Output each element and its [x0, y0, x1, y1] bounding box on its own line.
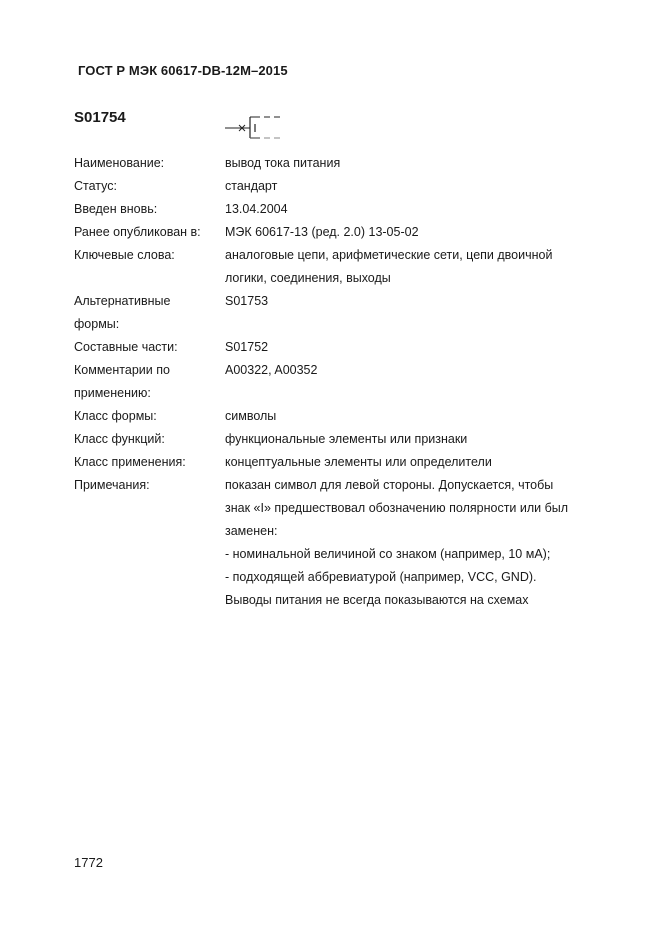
field-label: Составные части: [74, 336, 225, 359]
field-value: логики, соединения, выходы [225, 267, 604, 290]
field-label: формы: [74, 313, 225, 336]
field-row-status: Статус: стандарт [74, 175, 604, 198]
attribute-table: Наименование: вывод тока питания Статус:… [74, 152, 604, 612]
field-row-introduced: Введен вновь: 13.04.2004 [74, 198, 604, 221]
symbol-code: S01754 [74, 109, 126, 126]
field-label: Ранее опубликован в: [74, 221, 225, 244]
field-label: Ключевые слова: [74, 244, 225, 290]
field-label: применению: [74, 382, 225, 405]
field-row-name: Наименование: вывод тока питания [74, 152, 604, 175]
field-label: Комментарии по [74, 359, 225, 382]
field-value: - подходящей аббревиатурой (например, VC… [225, 566, 604, 589]
field-row-previously-published: Ранее опубликован в: МЭК 60617-13 (ред. … [74, 221, 604, 244]
field-value: знак «I» предшествовал обозначению поляр… [225, 497, 604, 520]
field-value: показан символ для левой стороны. Допуск… [225, 474, 604, 497]
field-label: Введен вновь: [74, 198, 225, 221]
field-value: A00322, A00352 [225, 359, 604, 382]
field-value: аналоговые цепи, арифметические сети, це… [225, 244, 604, 267]
field-row-application-comments: Комментарии по применению: A00322, A0035… [74, 359, 604, 405]
document-header: ГОСТ Р МЭК 60617-DB-12M–2015 [78, 63, 288, 78]
field-label: Статус: [74, 175, 225, 198]
field-label: Класс применения: [74, 451, 225, 474]
field-label: Класс формы: [74, 405, 225, 428]
field-value: функциональные элементы или признаки [225, 428, 604, 451]
field-value: 13.04.2004 [225, 198, 604, 221]
page-number: 1772 [74, 855, 103, 870]
field-value: МЭК 60617-13 (ред. 2.0) 13-05-02 [225, 221, 604, 244]
field-value: концептуальные элементы или определители [225, 451, 604, 474]
power-supply-output-symbol-icon [222, 112, 288, 142]
field-label: Альтернативные [74, 290, 225, 313]
field-row-alternative-forms: Альтернативные формы: S01753 [74, 290, 604, 336]
field-label: Класс функций: [74, 428, 225, 451]
field-row-components: Составные части: S01752 [74, 336, 604, 359]
field-row-application-class: Класс применения: концептуальные элемент… [74, 451, 604, 474]
field-label: Примечания: [74, 474, 225, 612]
field-row-shape-class: Класс формы: символы [74, 405, 604, 428]
field-value: S01753 [225, 290, 604, 313]
field-value: - номинальной величиной со знаком (напри… [225, 543, 604, 566]
field-value: заменен: [225, 520, 604, 543]
field-row-notes: Примечания: показан символ для левой сто… [74, 474, 604, 612]
field-value: Выводы питания не всегда показываются на… [225, 589, 604, 612]
field-row-keywords: Ключевые слова: аналоговые цепи, арифмет… [74, 244, 604, 290]
field-row-function-class: Класс функций: функциональные элементы и… [74, 428, 604, 451]
field-value: вывод тока питания [225, 152, 604, 175]
field-value: символы [225, 405, 604, 428]
field-value: S01752 [225, 336, 604, 359]
field-label: Наименование: [74, 152, 225, 175]
field-value: стандарт [225, 175, 604, 198]
